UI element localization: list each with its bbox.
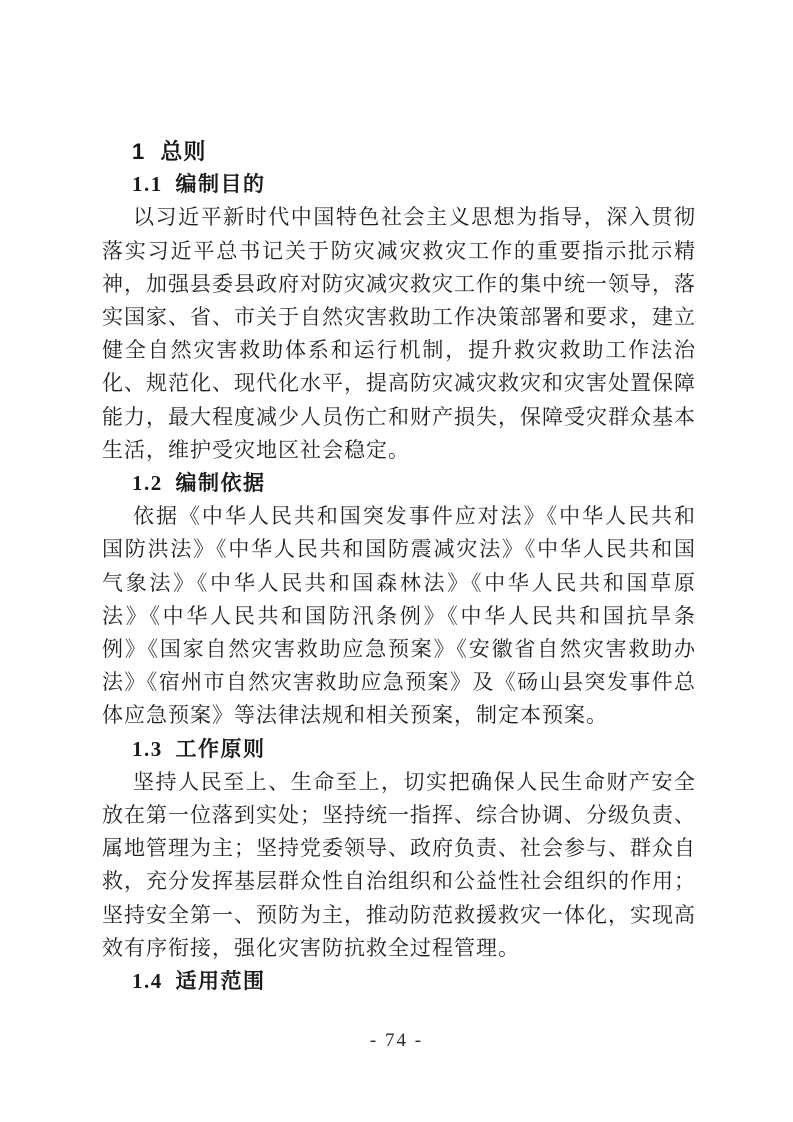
paragraph-line: 以习近平新时代中国特色社会主义思想为指导，深入贯彻 (102, 201, 695, 234)
section-1-3: 1.3 工作原则 坚持人民至上、生命至上，切实把确保人民生命财产安全放在第一位落… (102, 733, 695, 965)
section-1-2: 1.2 编制依据 依据《中华人民共和国突发事件应对法》《中华人民共和国防洪法》《… (102, 467, 695, 733)
paragraph-line: 放在第一位落到实处；坚持统一指挥、综合协调、分级负责、 (102, 799, 695, 832)
paragraph-line: 化、规范化、现代化水平，提高防灾减灾救灾和灾害处置保障 (102, 367, 695, 400)
section-heading-1-4: 1.4 适用范围 (102, 965, 695, 998)
paragraph-line: 坚持安全第一、预防为主，推动防范救援救灾一体化，实现高 (102, 899, 695, 932)
paragraph-line: 健全自然灾害救助体系和运行机制，提升救灾救助工作法治 (102, 334, 695, 367)
paragraph-line: 救，充分发挥基层群众性自治组织和公益性社会组织的作用； (102, 865, 695, 898)
section-1-4: 1.4 适用范围 (102, 965, 695, 998)
document-page: 1 总则 1.1 编制目的 以习近平新时代中国特色社会主义思想为指导，深入贯彻落… (0, 0, 793, 1122)
paragraph-1-1: 以习近平新时代中国特色社会主义思想为指导，深入贯彻落实习近平总书记关于防灾减灾救… (102, 201, 695, 467)
section-heading-1-1: 1.1 编制目的 (102, 168, 695, 201)
page-number: - 74 - (370, 1030, 423, 1051)
paragraph-line: 法》《宿州市自然灾害救助应急预案》及《砀山县突发事件总 (102, 666, 695, 699)
paragraph-1-3: 坚持人民至上、生命至上，切实把确保人民生命财产安全放在第一位落到实处；坚持统一指… (102, 766, 695, 965)
paragraph-line: 例》《国家自然灾害救助应急预案》《安徽省自然灾害救助办 (102, 633, 695, 666)
section-heading-1-3: 1.3 工作原则 (102, 733, 695, 766)
paragraph-line: 落实习近平总书记关于防灾减灾救灾工作的重要指示批示精 (102, 235, 695, 268)
section-heading-1-2: 1.2 编制依据 (102, 467, 695, 500)
paragraph-line: 实国家、省、市关于自然灾害救助工作决策部署和要求，建立 (102, 301, 695, 334)
chapter-heading: 1 总则 (102, 135, 695, 168)
paragraph-line: 效有序衔接，强化灾害防抗救全过程管理。 (102, 932, 695, 965)
paragraph-line: 体应急预案》等法律法规和相关预案，制定本预案。 (102, 699, 695, 732)
paragraph-line: 依据《中华人民共和国突发事件应对法》《中华人民共和 (102, 500, 695, 533)
paragraph-line: 法》《中华人民共和国防汛条例》《中华人民共和国抗旱条 (102, 600, 695, 633)
page-footer: - 74 - (0, 1030, 793, 1052)
paragraph-line: 国防洪法》《中华人民共和国防震减灾法》《中华人民共和国 (102, 533, 695, 566)
paragraph-line: 坚持人民至上、生命至上，切实把确保人民生命财产安全 (102, 766, 695, 799)
paragraph-line: 神，加强县委县政府对防灾减灾救灾工作的集中统一领导，落 (102, 268, 695, 301)
paragraph-line: 气象法》《中华人民共和国森林法》《中华人民共和国草原 (102, 567, 695, 600)
section-1-1: 1.1 编制目的 以习近平新时代中国特色社会主义思想为指导，深入贯彻落实习近平总… (102, 168, 695, 467)
paragraph-line: 能力，最大程度减少人员伤亡和财产损失，保障受灾群众基本 (102, 401, 695, 434)
paragraph-line: 生活，维护受灾地区社会稳定。 (102, 434, 695, 467)
paragraph-1-2: 依据《中华人民共和国突发事件应对法》《中华人民共和国防洪法》《中华人民共和国防震… (102, 500, 695, 732)
paragraph-line: 属地管理为主；坚持党委领导、政府负责、社会参与、群众自 (102, 832, 695, 865)
